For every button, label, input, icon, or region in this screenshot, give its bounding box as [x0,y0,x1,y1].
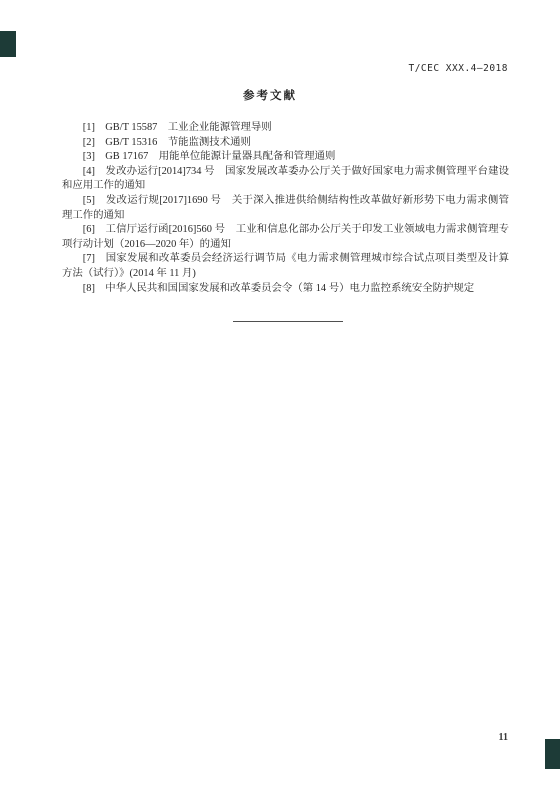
end-of-document-rule [233,321,343,322]
reference-list: [1] GB/T 15587 工业企业能源管理导则 [2] GB/T 15316… [62,121,509,296]
page-number: 11 [499,732,508,743]
reference-item: [6] 工信厅运行函[2016]560 号 工业和信息化部办公厅关于印发工业领域… [62,223,509,252]
reference-item: [7] 国家发展和改革委员会经济运行调节局《电力需求侧管理城市综合试点项目类型及… [62,252,509,281]
reference-item: [5] 发改运行规[2017]1690 号 关于深入推进供给侧结构性改革做好新形… [62,194,509,223]
page-title: 参考文献 [0,87,540,103]
document-page: T/CEC XXX.4—2018 参考文献 [1] GB/T 15587 工业企… [0,0,560,792]
reference-item: [4] 发改办运行[2014]734 号 国家发展改革委办公厅关于做好国家电力需… [62,165,509,194]
scan-corner-artifact-top-left [0,31,16,57]
scan-corner-artifact-bottom-right [545,739,560,769]
reference-item: [2] GB/T 15316 节能监测技术通则 [62,136,509,151]
reference-item: [3] GB 17167 用能单位能源计量器具配备和管理通则 [62,150,509,165]
standard-number-header: T/CEC XXX.4—2018 [408,63,508,74]
reference-item: [1] GB/T 15587 工业企业能源管理导则 [62,121,509,136]
reference-item: [8] 中华人民共和国国家发展和改革委员会令（第 14 号）电力监控系统安全防护… [62,282,509,297]
